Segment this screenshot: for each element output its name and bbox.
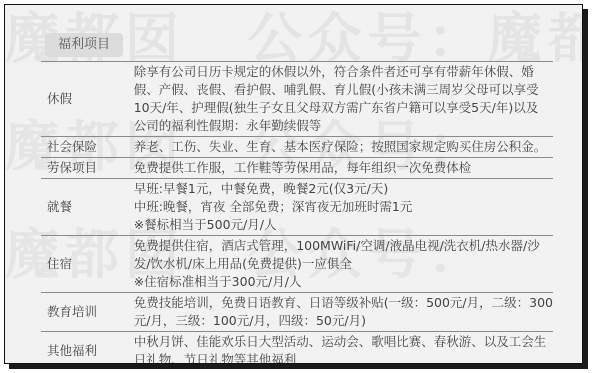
content-line: 假、产假、丧假、看护假、哺乳假、育儿假(小孩未满三周岁父母可以享受 — [134, 81, 553, 99]
row-content: 免费提供住宿，酒店式管理，100MWiFi/空调/液晶电视/洗衣机/热水器/沙 … — [132, 236, 553, 293]
row-label: 其他福利 — [41, 332, 132, 365]
content-line: 元/月，三级：100元/月，四级：50元/月) — [134, 312, 553, 330]
content-line: ※住宿标准相当于300元/月/人 — [134, 273, 553, 291]
table-row: 住宿 免费提供住宿，酒店式管理，100MWiFi/空调/液晶电视/洗衣机/热水器… — [41, 236, 553, 293]
content-line: 公司的福利性假期：永年勤续假等 — [134, 117, 553, 135]
table-row: 劳保项目 免费提供工作服，工作鞋等劳保用品，每年组织一次免费体检 — [41, 158, 553, 179]
content-line: 日礼物、节日礼物等其他福利 — [134, 351, 553, 364]
table-row: 休假 除享有公司日历卡规定的休假以外，符合条件者还可享有带薪年休假、婚 假、产假… — [41, 62, 553, 137]
content-line: ※餐标相当于500元/月/人 — [134, 216, 553, 234]
row-content: 免费技能培训，免费日语教育、日语等级补贴(一级：500元/月，二级：300 元/… — [132, 293, 553, 332]
table-row: 其他福利 中秋月饼、佳能欢乐日大型活动、运动会、歌唱比赛、春秋游、以及工会生 日… — [41, 332, 553, 365]
row-label: 住宿 — [41, 236, 132, 293]
content-line: 免费提供住宿，酒店式管理，100MWiFi/空调/液晶电视/洗衣机/热水器/沙 — [134, 237, 553, 255]
row-content: 养老、工伤、失业、生育、基本医疗保险；按照国家规定购买住房公积金。 — [132, 137, 553, 158]
benefits-table: 休假 除享有公司日历卡规定的休假以外，符合条件者还可享有带薪年休假、婚 假、产假… — [41, 61, 553, 364]
content-line: 早班:早餐1元，中餐免费，晚餐2元(仅3元/天) — [134, 180, 553, 198]
row-label: 就餐 — [41, 179, 132, 236]
row-content: 免费提供工作服，工作鞋等劳保用品，每年组织一次免费体检 — [132, 158, 553, 179]
table-row: 教育培训 免费技能培训，免费日语教育、日语等级补贴(一级：500元/月，二级：3… — [41, 293, 553, 332]
row-label: 社会保险 — [41, 137, 132, 158]
content-line: 免费技能培训，免费日语教育、日语等级补贴(一级：500元/月，二级：300 — [134, 294, 553, 312]
row-content: 中秋月饼、佳能欢乐日大型活动、运动会、歌唱比赛、春秋游、以及工会生 日礼物、节日… — [132, 332, 553, 365]
row-label: 劳保项目 — [41, 158, 132, 179]
content-line: 10天/年、护理假(独生子女且父母双方需广东省户籍可以享受5天/年)以及 — [134, 99, 553, 117]
content-line: 中班:晚餐，宵夜 全部免费；深宵夜无加班时需1元 — [134, 198, 553, 216]
row-content: 早班:早餐1元，中餐免费，晚餐2元(仅3元/天) 中班:晚餐，宵夜 全部免费；深… — [132, 179, 553, 236]
content-line: 发/饮水机/床上用品(免费提供)一应俱全 — [134, 255, 553, 273]
content-line: 中秋月饼、佳能欢乐日大型活动、运动会、歌唱比赛、春秋游、以及工会生 — [134, 333, 553, 351]
content-line: 免费提供工作服，工作鞋等劳保用品，每年组织一次免费体检 — [134, 159, 553, 177]
content-line: 养老、工伤、失业、生育、基本医疗保险；按照国家规定购买住房公积金。 — [134, 138, 553, 156]
content-line: 除享有公司日历卡规定的休假以外，符合条件者还可享有带薪年休假、婚 — [134, 63, 553, 81]
row-label: 教育培训 — [41, 293, 132, 332]
table-row: 社会保险 养老、工伤、失业、生育、基本医疗保险；按照国家规定购买住房公积金。 — [41, 137, 553, 158]
row-label: 休假 — [41, 62, 132, 137]
screenshot-frame: 魔都囡 公众号：魔都囡 魔都囡 公众号： 魔都囡 公众号： 福利项目 休假 除享… — [4, 4, 583, 364]
section-header-tab: 福利项目 — [45, 33, 123, 57]
row-content: 除享有公司日历卡规定的休假以外，符合条件者还可享有带薪年休假、婚 假、产假、丧假… — [132, 62, 553, 137]
table-row: 就餐 早班:早餐1元，中餐免费，晚餐2元(仅3元/天) 中班:晚餐，宵夜 全部免… — [41, 179, 553, 236]
